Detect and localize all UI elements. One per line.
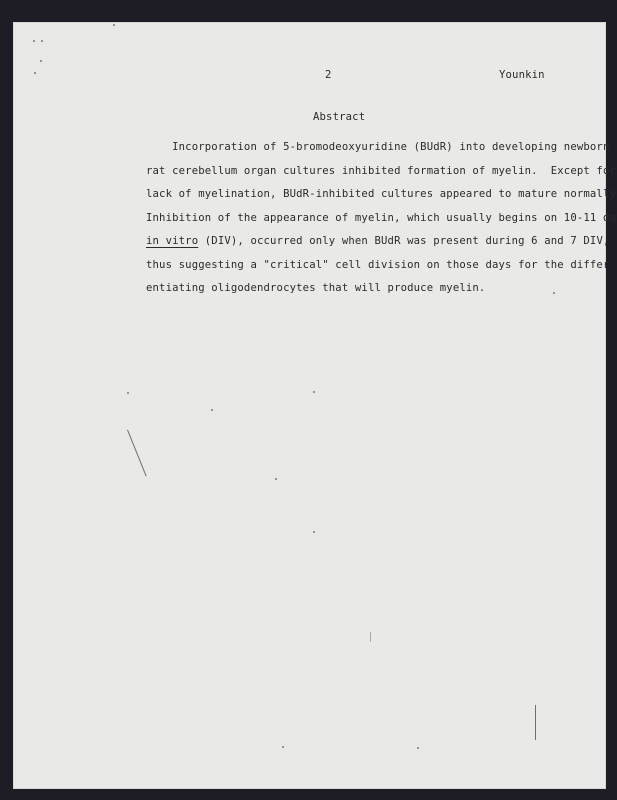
scan-speck xyxy=(313,531,315,533)
abstract-line-6: thus suggesting a "critical" cell divisi… xyxy=(146,259,616,271)
abstract-heading: Abstract xyxy=(313,111,365,123)
typewritten-page: 2 Younkin Abstract Incorporation of 5-br… xyxy=(13,22,606,789)
abstract-line-3: lack of myelination, BUdR-inhibited cult… xyxy=(146,188,617,200)
abstract-line-7: entiating oligodendrocytes that will pro… xyxy=(146,282,485,294)
scan-speck xyxy=(211,409,213,411)
abstract-line-5: in vitro (DIV), occurred only when BUdR … xyxy=(146,235,610,247)
abstract-line-5-rest: (DIV), occurred only when BUdR was prese… xyxy=(198,235,609,247)
page-number: 2 xyxy=(325,69,332,81)
in-vitro-underlined: in vitro xyxy=(146,235,198,247)
scan-speck xyxy=(33,40,35,42)
scan-scratch xyxy=(127,430,147,477)
scan-speck xyxy=(113,24,115,26)
scan-speck xyxy=(127,392,129,394)
scan-speck xyxy=(40,60,42,62)
author-running-head: Younkin xyxy=(499,69,545,81)
scan-speck xyxy=(34,72,36,74)
scan-speck xyxy=(313,391,315,393)
scan-speck xyxy=(282,746,284,748)
scan-speck xyxy=(275,478,277,480)
scanned-document: 2 Younkin Abstract Incorporation of 5-br… xyxy=(0,0,617,800)
scan-scratch xyxy=(535,705,536,740)
scan-speck xyxy=(417,747,419,749)
abstract-line-1: Incorporation of 5-bromodeoxyuridine (BU… xyxy=(146,141,610,153)
scan-scratch xyxy=(370,632,371,642)
abstract-line-4: Inhibition of the appearance of myelin, … xyxy=(146,212,617,224)
abstract-line-2: rat cerebellum organ cultures inhibited … xyxy=(146,165,616,177)
scan-speck xyxy=(553,292,555,294)
scan-speck xyxy=(41,40,43,42)
